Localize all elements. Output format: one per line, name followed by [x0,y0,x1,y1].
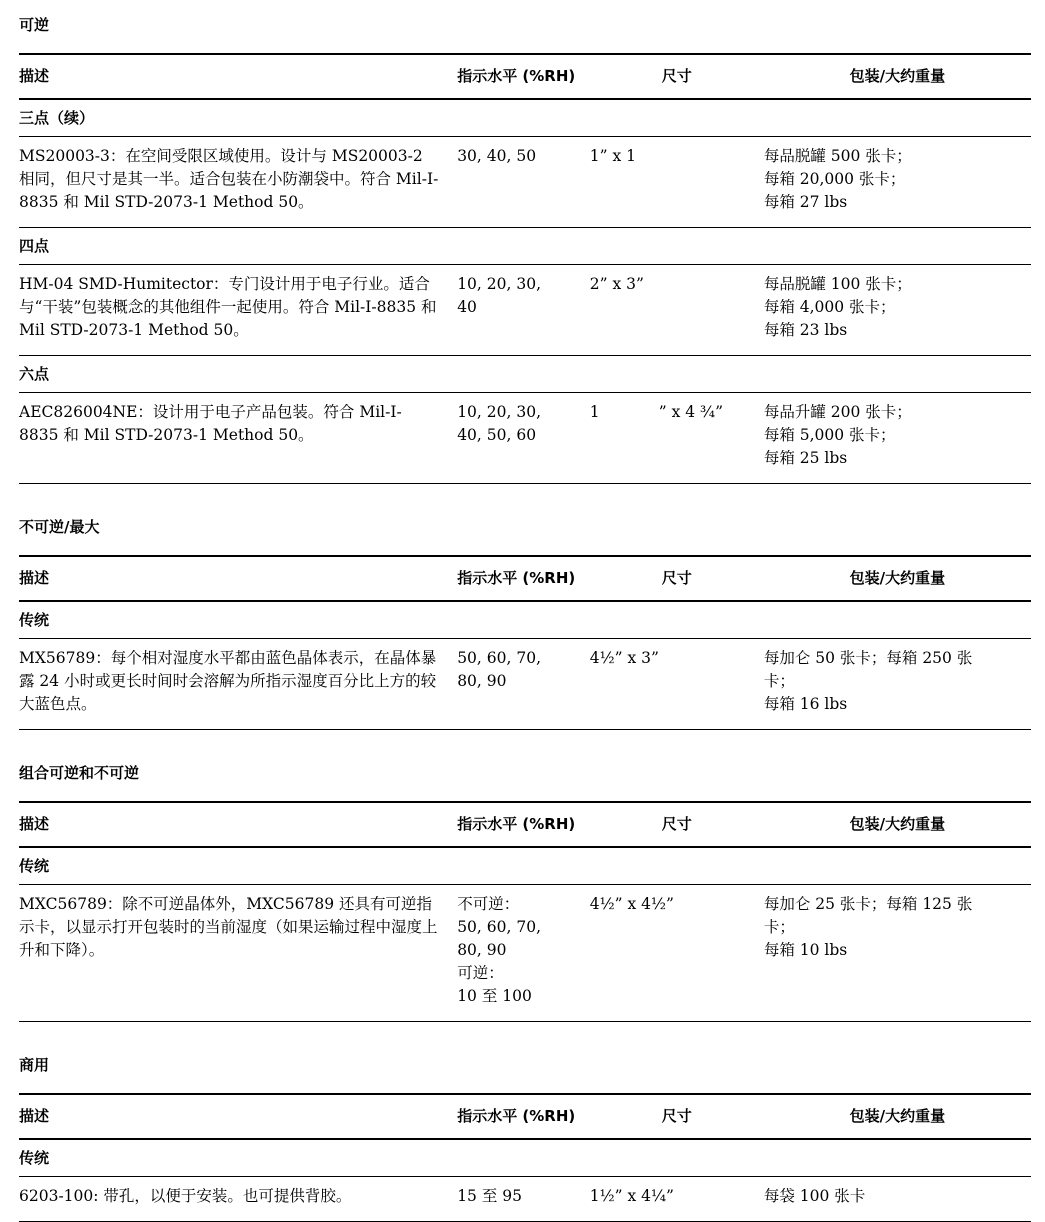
cell-packaging: 每加仑 25 张卡；每箱 125 张 卡； 每箱 10 lbs [764,885,1031,1022]
cell-levels: 30, 40, 50 [457,137,590,228]
cell-packaging: 每品脱罐 100 张卡； 每箱 4,000 张卡； 每箱 23 lbs [764,265,1031,356]
cell-levels: 10, 20, 30, 40 [457,265,590,356]
cell-packaging: 每品脱罐 500 张卡； 每箱 20,000 张卡； 每箱 27 lbs [764,137,1031,228]
group-name: 四点 [19,228,1031,265]
section-title: 组合可逆和不可逆 [19,764,1031,782]
column-header-size: 尺寸 [590,54,764,99]
cell-packaging: 每袋 100 张卡 [764,1177,1031,1222]
group-name: 三点（续） [19,99,1031,137]
cell-description: MX56789：每个相对湿度水平都由蓝色晶体表示，在晶体暴露 24 小时或更长时… [19,639,457,730]
cell-description: MXC56789：除不可逆晶体外，MXC56789 还具有可逆指示卡，以显示打开… [19,885,457,1022]
column-header-size: 尺寸 [590,1094,764,1139]
section-combination: 组合可逆和不可逆 描述 指示水平 (%RH) 尺寸 包装/大约重量 传统 MXC… [19,764,1031,1022]
column-header-levels: 指示水平 (%RH) [457,54,590,99]
column-header-packaging: 包装/大约重量 [764,1094,1031,1139]
section-title: 不可逆/最大 [19,518,1031,536]
section-commercial: 商用 描述 指示水平 (%RH) 尺寸 包装/大约重量 传统 6203-100:… [19,1056,1031,1222]
cell-packaging: 每品升罐 200 张卡； 每箱 5,000 张卡； 每箱 25 lbs [764,393,1031,484]
group-name: 传统 [19,1139,1031,1177]
column-header-description: 描述 [19,556,457,601]
table-row: MS20003-3：在空间受限区域使用。设计与 MS20003-2 相同，但尺寸… [19,137,1031,228]
spec-table-combination: 描述 指示水平 (%RH) 尺寸 包装/大约重量 传统 MXC56789：除不可… [19,801,1031,1022]
cell-description: 6203-100: 带孔，以便于安装。也可提供背胶。 [19,1177,457,1222]
section-title: 商用 [19,1056,1031,1074]
group-row: 传统 [19,601,1031,639]
column-header-size: 尺寸 [590,802,764,847]
cell-levels: 不可逆： 50, 60, 70, 80, 90 可逆： 10 至 100 [457,885,590,1022]
group-name: 传统 [19,847,1031,885]
table-header-row: 描述 指示水平 (%RH) 尺寸 包装/大约重量 [19,54,1031,99]
group-name: 传统 [19,601,1031,639]
cell-description: AEC826004NE：设计用于电子产品包装。符合 Mil-I-8835 和 M… [19,393,457,484]
section-title: 可逆 [19,16,1031,34]
group-row: 传统 [19,847,1031,885]
document-page: 可逆 描述 指示水平 (%RH) 尺寸 包装/大约重量 三点（续） MS2000… [0,0,1045,1222]
section-irreversible-maximum: 不可逆/最大 描述 指示水平 (%RH) 尺寸 包装/大约重量 传统 MX567… [19,518,1031,730]
column-header-levels: 指示水平 (%RH) [457,802,590,847]
group-row: 三点（续） [19,99,1031,137]
column-header-packaging: 包装/大约重量 [764,556,1031,601]
column-header-description: 描述 [19,802,457,847]
table-row: MX56789：每个相对湿度水平都由蓝色晶体表示，在晶体暴露 24 小时或更长时… [19,639,1031,730]
column-header-description: 描述 [19,54,457,99]
column-header-packaging: 包装/大约重量 [764,54,1031,99]
spec-table-commercial: 描述 指示水平 (%RH) 尺寸 包装/大约重量 传统 6203-100: 带孔… [19,1093,1031,1222]
group-name: 六点 [19,356,1031,393]
column-header-levels: 指示水平 (%RH) [457,1094,590,1139]
table-header-row: 描述 指示水平 (%RH) 尺寸 包装/大约重量 [19,556,1031,601]
cell-size: 4½” x 3” [590,639,764,730]
spec-table-irreversible: 描述 指示水平 (%RH) 尺寸 包装/大约重量 传统 MX56789：每个相对… [19,555,1031,730]
column-header-size: 尺寸 [590,556,764,601]
table-row: AEC826004NE：设计用于电子产品包装。符合 Mil-I-8835 和 M… [19,393,1031,484]
cell-size: 1” x 1 [590,137,764,228]
group-row: 传统 [19,1139,1031,1177]
table-row: HM-04 SMD-Humitector：专门设计用于电子行业。适合与“干装”包… [19,265,1031,356]
cell-size: 1½” x 4¼” [590,1177,764,1222]
cell-levels: 50, 60, 70, 80, 90 [457,639,590,730]
table-row: 6203-100: 带孔，以便于安装。也可提供背胶。 15 至 95 1½” x… [19,1177,1031,1222]
section-reversible: 可逆 描述 指示水平 (%RH) 尺寸 包装/大约重量 三点（续） MS2000… [19,16,1031,484]
cell-levels: 15 至 95 [457,1177,590,1222]
cell-description: HM-04 SMD-Humitector：专门设计用于电子行业。适合与“干装”包… [19,265,457,356]
cell-levels: 10, 20, 30, 40, 50, 60 [457,393,590,484]
group-row: 四点 [19,228,1031,265]
column-header-levels: 指示水平 (%RH) [457,556,590,601]
table-row: MXC56789：除不可逆晶体外，MXC56789 还具有可逆指示卡，以显示打开… [19,885,1031,1022]
column-header-packaging: 包装/大约重量 [764,802,1031,847]
cell-size: 2” x 3” [590,265,764,356]
cell-size: 4½” x 4½” [590,885,764,1022]
table-header-row: 描述 指示水平 (%RH) 尺寸 包装/大约重量 [19,1094,1031,1139]
group-row: 六点 [19,356,1031,393]
cell-description: MS20003-3：在空间受限区域使用。设计与 MS20003-2 相同，但尺寸… [19,137,457,228]
cell-size: 1 ” x 4 ¾” [590,393,764,484]
cell-packaging: 每加仑 50 张卡；每箱 250 张 卡； 每箱 16 lbs [764,639,1031,730]
column-header-description: 描述 [19,1094,457,1139]
spec-table-reversible: 描述 指示水平 (%RH) 尺寸 包装/大约重量 三点（续） MS20003-3… [19,53,1031,484]
table-header-row: 描述 指示水平 (%RH) 尺寸 包装/大约重量 [19,802,1031,847]
